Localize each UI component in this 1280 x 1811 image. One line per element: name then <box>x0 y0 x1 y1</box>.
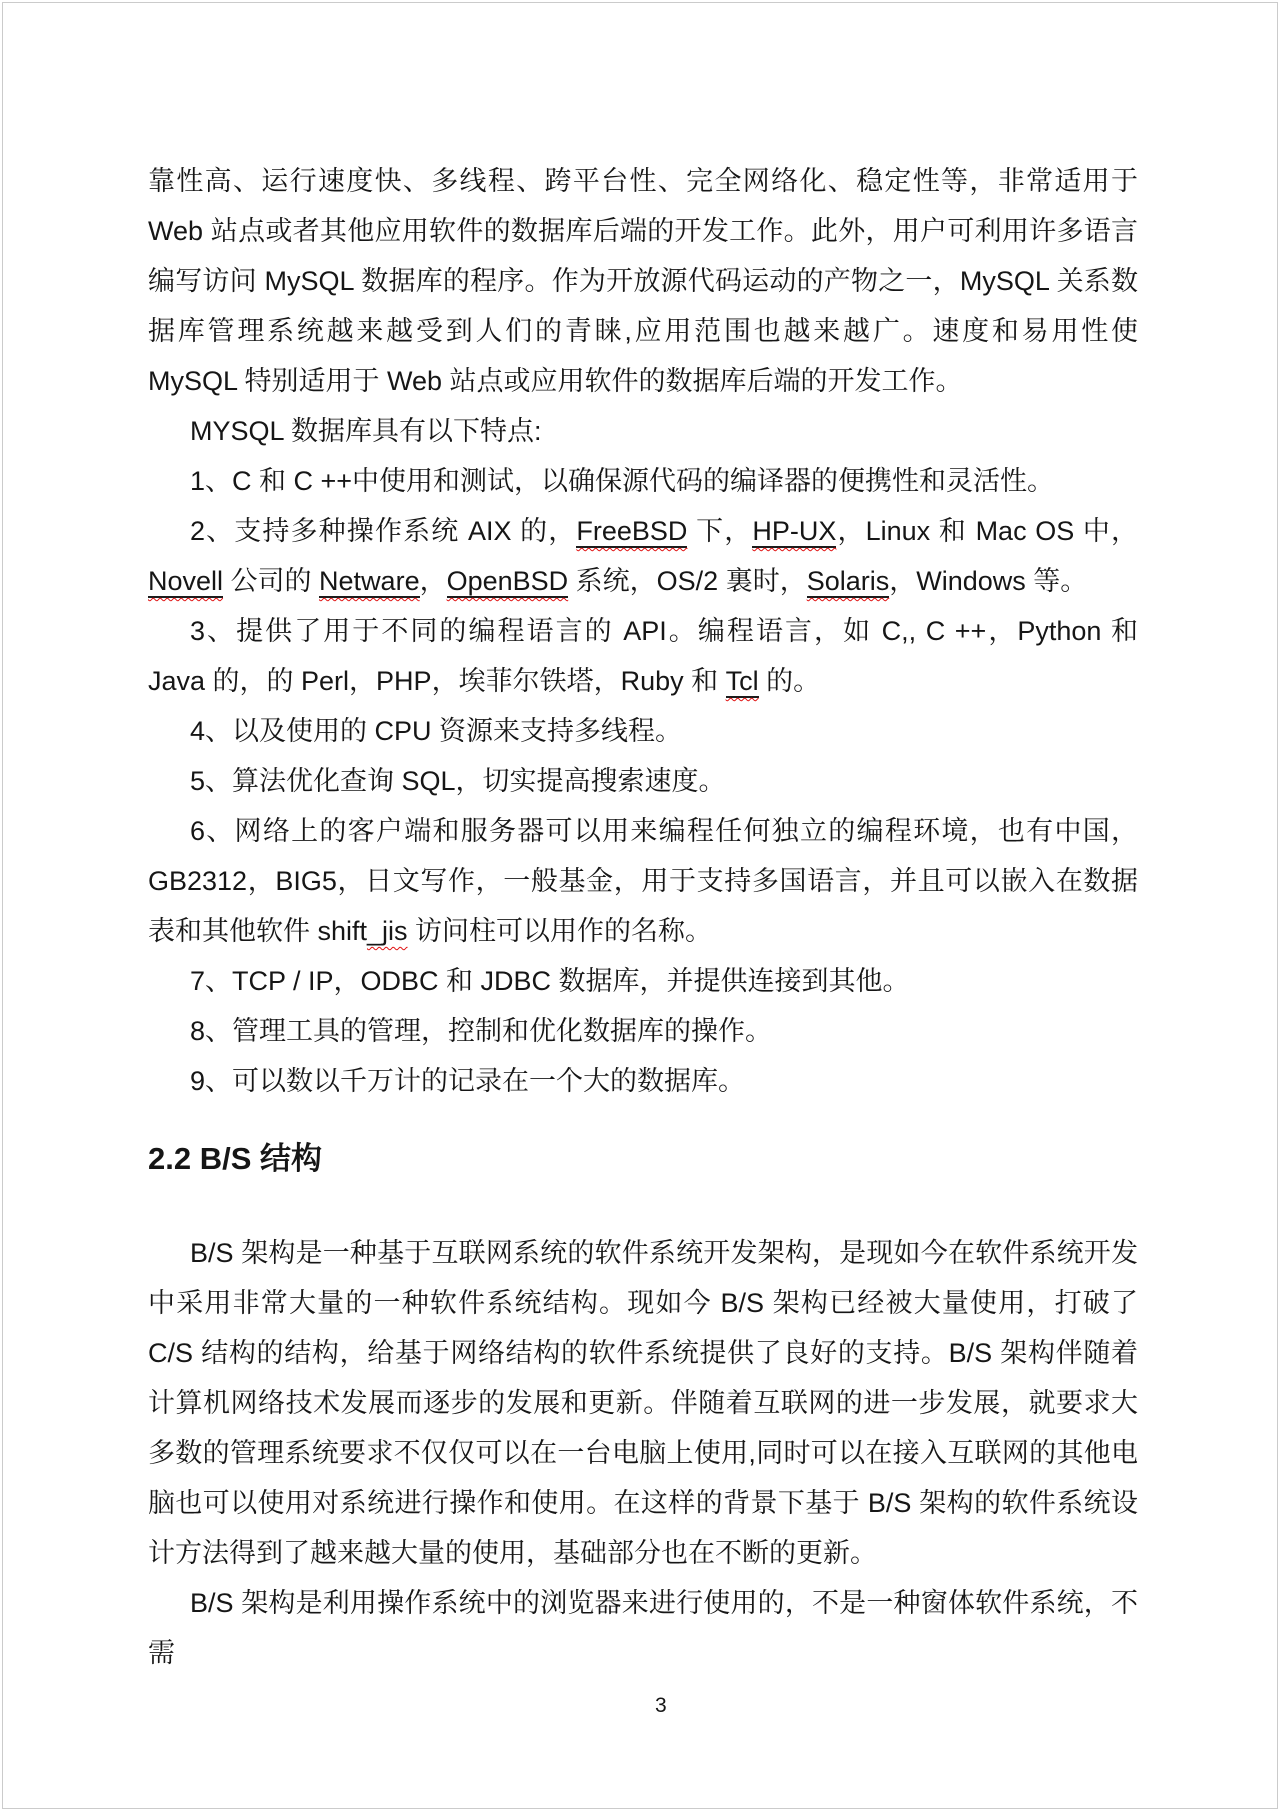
paragraph-bs-architecture-2: B/S 架构是利用操作系统中的浏览器来进行使用的，不是一种窗体软件系统，不需 <box>148 1578 1138 1678</box>
text-segment: 2、支持多种操作系统 AIX 的， <box>190 516 576 546</box>
text-segment: 下， <box>687 516 752 546</box>
feature-item-7: 7、TCP / IP，ODBC 和 JDBC 数据库，并提供连接到其他。 <box>148 956 1138 1006</box>
feature-item-1: 1、C 和 C ++中使用和测试，以确保源代码的编译器的便携性和灵活性。 <box>148 456 1138 506</box>
misspelled-word: FreeBSD <box>576 516 687 548</box>
text-segment: ， <box>420 566 447 596</box>
feature-item-4: 4、以及使用的 CPU 资源来支持多线程。 <box>148 706 1138 756</box>
paragraph-features-intro: MYSQL 数据库具有以下特点: <box>148 406 1138 456</box>
misspelled-word: _jis <box>367 916 408 946</box>
misspelled-word: Novell <box>148 566 223 598</box>
feature-item-3: 3、提供了用于不同的编程语言的 API。编程语言，如 C,, C ++，Pyth… <box>148 606 1138 706</box>
text-segment: 5、算法优化查询 SQL，切实提高搜索速度。 <box>190 766 726 796</box>
misspelled-word: Solaris <box>807 566 890 598</box>
paragraph-bs-architecture-1: B/S 架构是一种基于互联网系统的软件系统开发架构，是现如今在软件系统开发中采用… <box>148 1228 1138 1578</box>
text-segment: ，Linux 和 Mac OS 中， <box>836 516 1138 546</box>
text-segment: 7、TCP / IP，ODBC 和 JDBC 数据库，并提供连接到其他。 <box>190 966 910 996</box>
misspelled-word: HP-UX <box>752 516 836 548</box>
page-body: 靠性高、运行速度快、多线程、跨平台性、完全网络化、稳定性等，非常适用于 Web … <box>148 156 1138 1678</box>
section-heading-bs: 2.2 B/S 结构 <box>148 1138 1138 1180</box>
feature-item-2: 2、支持多种操作系统 AIX 的，FreeBSD 下，HP-UX，Linux 和… <box>148 506 1138 606</box>
document-page: 靠性高、运行速度快、多线程、跨平台性、完全网络化、稳定性等，非常适用于 Web … <box>2 2 1278 1809</box>
text-segment: 系统，OS/2 裏时， <box>568 566 807 596</box>
misspelled-word: Netware <box>319 566 420 598</box>
misspelled-word: OpenBSD <box>447 566 569 598</box>
text-segment: 公司的 <box>223 566 319 596</box>
feature-item-5: 5、算法优化查询 SQL，切实提高搜索速度。 <box>148 756 1138 806</box>
text-segment: 的。 <box>759 666 821 696</box>
page-number: 3 <box>655 1693 667 1719</box>
text-segment: 8、管理工具的管理，控制和优化数据库的操作。 <box>190 1016 772 1046</box>
text-segment: 3、提供了用于不同的编程语言的 API。编程语言，如 C,, C ++，Pyth… <box>148 616 1138 696</box>
text-segment: ，Windows 等。 <box>889 566 1087 596</box>
feature-item-9: 9、可以数以千万计的记录在一个大的数据库。 <box>148 1056 1138 1106</box>
text-segment: 1、C 和 C ++中使用和测试，以确保源代码的编译器的便携性和灵活性。 <box>190 466 1054 496</box>
paragraph-mysql-continuation: 靠性高、运行速度快、多线程、跨平台性、完全网络化、稳定性等，非常适用于 Web … <box>148 156 1138 406</box>
feature-item-8: 8、管理工具的管理，控制和优化数据库的操作。 <box>148 1006 1138 1056</box>
text-segment: 9、可以数以千万计的记录在一个大的数据库。 <box>190 1066 745 1096</box>
text-segment: 访问柱可以用作的名称。 <box>408 916 713 946</box>
misspelled-word: Tcl <box>726 666 759 698</box>
text-segment: 4、以及使用的 CPU 资源来支持多线程。 <box>190 716 682 746</box>
feature-item-6: 6、网络上的客户端和服务器可以用来编程任何独立的编程环境，也有中国，GB2312… <box>148 806 1138 956</box>
